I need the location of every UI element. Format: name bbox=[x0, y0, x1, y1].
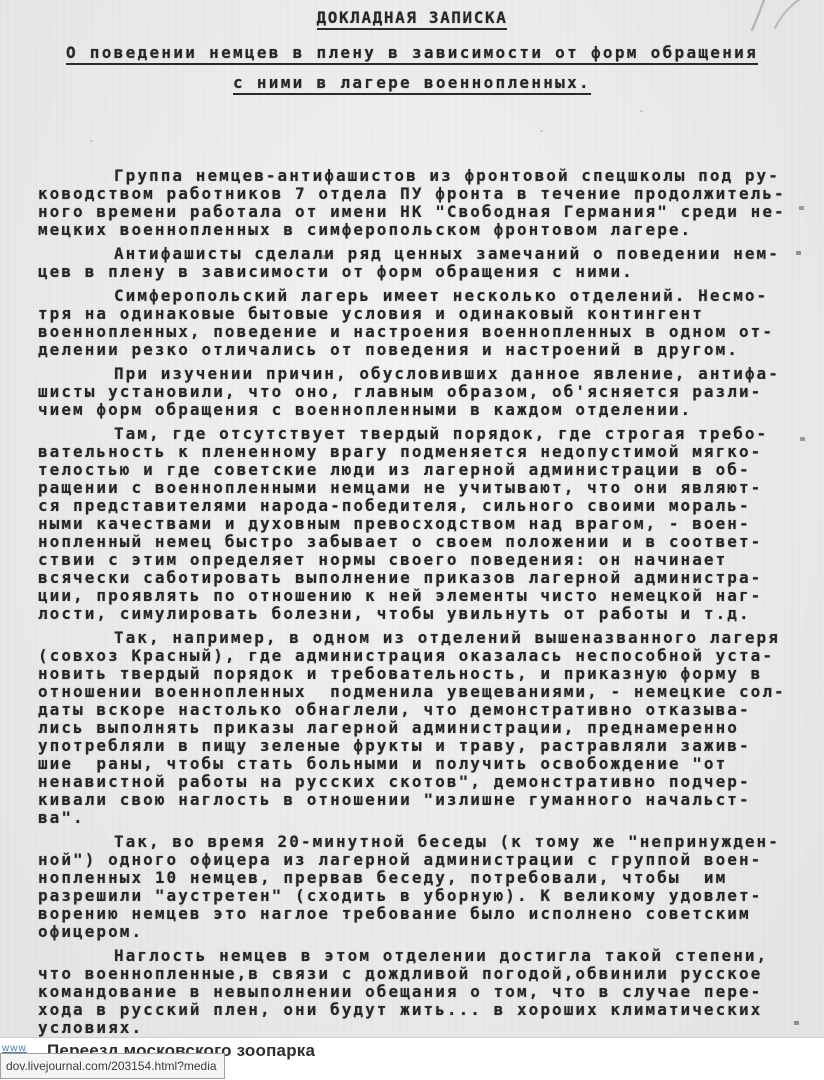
document-subtitle-line2: с ними в лагере военнопленных. bbox=[0, 73, 824, 95]
document-paragraph: Там, где отсутствует твердый порядок, гд… bbox=[38, 425, 802, 623]
document-paragraph: Так, например, в одном из отделений выше… bbox=[38, 629, 802, 827]
document-subtitle-line1: О поведении немцев в плену в зависимости… bbox=[0, 43, 824, 65]
status-bar-url: dov.livejournal.com/203154.html?media bbox=[0, 1053, 225, 1079]
document-body: Группа немцев-антифашистов из фронтовой … bbox=[38, 167, 802, 1037]
document-title-text: ДОКЛАДНАЯ ЗАПИСКА bbox=[317, 8, 508, 30]
document-paragraph: Наглость немцев в этом отделении достигл… bbox=[38, 947, 802, 1037]
document-paragraph: Группа немцев-антифашистов из фронтовой … bbox=[38, 167, 802, 239]
document-paragraph: Симферопольский лагерь имеет несколько о… bbox=[38, 287, 802, 359]
document-paragraph: При изучении причин, обусловивших данное… bbox=[38, 365, 802, 419]
page-footer: www Переезд московского зоопарка dov.liv… bbox=[0, 1038, 824, 1080]
document-paragraph: Антифашисты сделали ряд ценных замечаний… bbox=[38, 245, 802, 281]
browser-page: ДОКЛАДНАЯ ЗАПИСКА О поведении немцев в п… bbox=[0, 0, 824, 1080]
document-paragraph: Так, во время 20-минутной беседы (к тому… bbox=[38, 833, 802, 941]
document-title: ДОКЛАДНАЯ ЗАПИСКА bbox=[0, 8, 824, 30]
scanned-document: ДОКЛАДНАЯ ЗАПИСКА О поведении немцев в п… bbox=[0, 0, 824, 1038]
